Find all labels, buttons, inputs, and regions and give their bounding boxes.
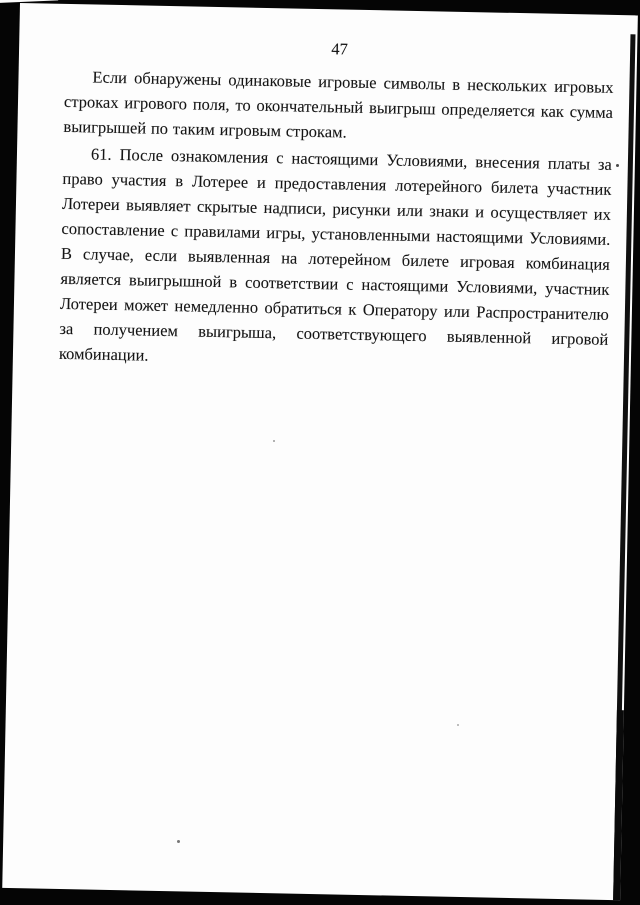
paragraph-winning-rows: Если обнаружены одинаковые игровые симво…	[63, 64, 613, 150]
document-page: 47 Если обнаружены одинаковые игровые си…	[2, 3, 638, 900]
page-content: 47 Если обнаружены одинаковые игровые си…	[59, 31, 615, 377]
dust-speck	[273, 440, 275, 442]
paragraph-clause-61: 61. После ознакомления с настоящими Усло…	[59, 141, 612, 377]
scanner-background: 47 Если обнаружены одинаковые игровые си…	[0, 0, 640, 905]
page-edge-shadow-bottom	[613, 710, 624, 900]
dust-speck	[177, 840, 180, 843]
dust-speck	[616, 164, 619, 167]
dust-speck	[457, 724, 459, 726]
page-number: 47	[65, 31, 614, 68]
